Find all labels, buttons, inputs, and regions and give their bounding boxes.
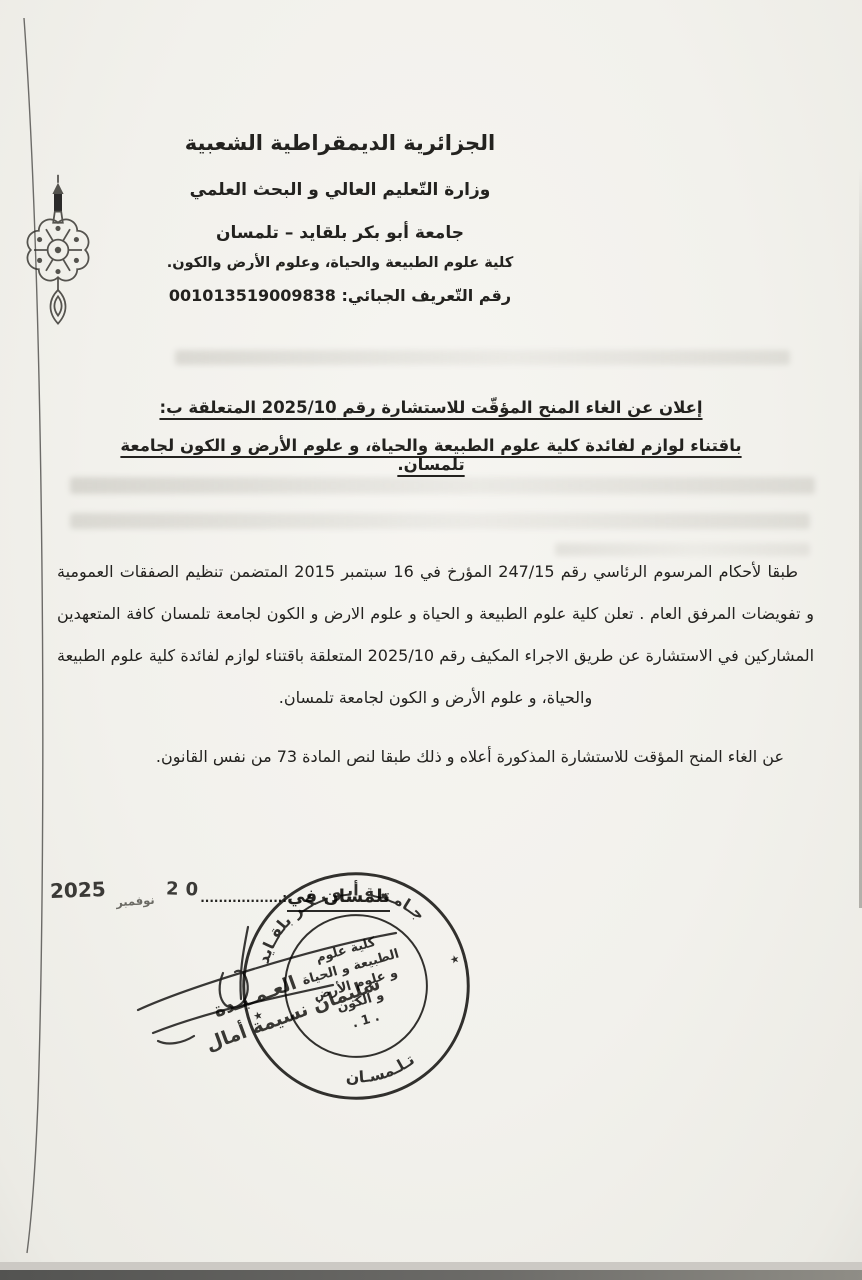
announcement-title-line1: إعلان عن الغاء المنح المؤقّت للاستشارة ر… <box>131 398 731 417</box>
body-paragraph-1: طبقا لأحكام المرسوم الرئاسي رقم 247/15 ا… <box>57 551 814 719</box>
ministry-heading: وزارة التّعليم العالي و البحث العلمي <box>120 180 560 200</box>
bleedthrough-band <box>70 477 815 494</box>
handwritten-year: 2025 <box>50 877 106 903</box>
paragraph-line: و تفويضات المرفق العام . تعلن كلية علوم … <box>57 593 814 635</box>
scan-background-strip <box>0 1270 862 1280</box>
paragraph-line: طبقا لأحكام المرسوم الرئاسي رقم 247/15 ا… <box>57 551 814 593</box>
handwritten-signature <box>128 915 428 1065</box>
faculty-heading: كلية علوم الطبيعة والحياة، وعلوم الأرض و… <box>120 255 560 271</box>
stamp-star-right-icon: ٭ <box>448 949 463 971</box>
university-heading: جامعة أبو بكر بلقايد – تلمسان <box>120 223 560 243</box>
scanned-document-page: الجزائرية الديمقراطية الشعبية وزارة التّ… <box>0 0 862 1280</box>
tax-id-label: رقم التّعريف الجبائي: <box>341 286 511 305</box>
tax-id-line: رقم التّعريف الجبائي: 001013519009838 <box>110 286 570 305</box>
bleedthrough-band <box>70 513 810 529</box>
paragraph-line: والحياة، و علوم الأرض و الكون لجامعة تلم… <box>57 677 814 719</box>
handwritten-month: نوفمبر <box>116 893 156 910</box>
paragraph-line: المشاركين في الاستشارة عن طريق الاجراء ا… <box>57 635 814 677</box>
tax-id-number: 001013519009838 <box>169 286 336 305</box>
bleedthrough-band <box>175 350 790 365</box>
republic-heading: الجزائرية الديمقراطية الشعبية <box>120 131 560 155</box>
university-emblem <box>26 168 90 348</box>
body-paragraph-2: عن الغاء المنح المؤقت للاستشارة المذكورة… <box>57 737 814 777</box>
announcement-title-line2: باقتناء لوازم لفائدة كلية علوم الطبيعة و… <box>91 436 771 474</box>
